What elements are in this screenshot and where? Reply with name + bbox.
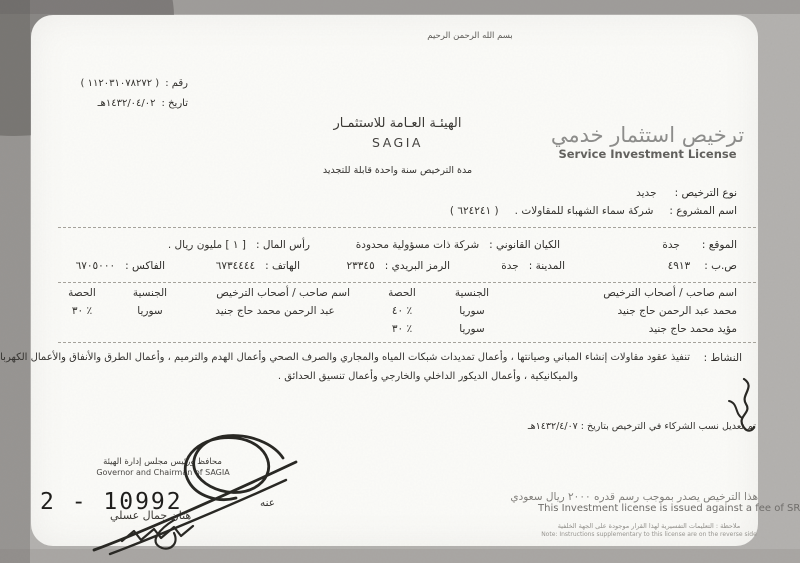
holders-right-header-share: الحصة — [382, 287, 422, 299]
fax-value: ٦٧٠٥٠٠٠ — [76, 260, 115, 272]
activity-label: النشاط : — [704, 352, 742, 364]
project-number: ( ٦٢٤٢٤١ ) — [450, 205, 499, 217]
dashed-divider — [58, 227, 756, 228]
holders-left-header-share: الحصة — [62, 287, 102, 299]
capital-value: [ ١ ] مليون ريال . — [168, 239, 246, 251]
activity-line2: والميكانيكية ، وأعمال الديكور الداخلي وا… — [278, 371, 578, 382]
authority-name-english: SAGIA — [295, 135, 500, 150]
fax-label: الفاكس : — [125, 260, 165, 272]
amendment-note: تم تعديل نسب الشركاء في الترخيص بتاريخ :… — [528, 421, 756, 432]
phone-field: الهاتف : ٦٧٣٤٤٤٤ — [216, 260, 300, 272]
footer-note-arabic: ملاحظة : التعليمات التفسيرية لهذا القرار… — [540, 522, 758, 530]
city-label: المدينة : — [529, 260, 565, 272]
fax-field: الفاكس : ٦٧٠٥٠٠٠ — [76, 260, 165, 272]
ref-number-row: رقم : ( ١١٢٠٣١٠٧٨٢٧٢ ) — [81, 78, 188, 89]
holder-share: ٣٠ ٪ — [62, 305, 102, 317]
postal-code-field: الرمز البريدي : ٢٣٣٤٥ — [347, 260, 450, 272]
activity-line1: تنفيذ عقود مقاولات إنشاء المباني وصيانته… — [0, 352, 690, 363]
legal-entity-label: الكيان القانوني : — [489, 239, 560, 251]
license-type-value: جديد — [636, 187, 656, 199]
authority-name-arabic: الهيئـة العـامة للاستثمـار — [295, 116, 500, 131]
holder-nationality: سوريا — [452, 323, 492, 335]
project-name-label: اسم المشروع : — [669, 205, 737, 217]
city-value: جدة — [501, 260, 519, 272]
holders-right-header-nationality: الجنسية — [452, 287, 492, 299]
signature-scribble — [78, 424, 313, 556]
ref-number-label: رقم : — [165, 78, 188, 89]
holder-share: ٣٠ ٪ — [382, 323, 422, 335]
holders-left-header-name: اسم صاحب / أصحاب الترخيص — [220, 287, 350, 299]
po-box-field: ص.ب : ٤٩١٣ — [668, 260, 737, 272]
holders-right-header-name: اسم صاحب / أصحاب الترخيص — [603, 287, 737, 299]
project-name-value: شركة سماء الشهباء للمقاولات . — [515, 205, 654, 217]
project-name-row: اسم المشروع : شركة سماء الشهباء للمقاولا… — [450, 205, 737, 217]
location-value: جدة — [662, 239, 680, 251]
holder-nationality: سوريا — [130, 305, 170, 317]
legal-entity-value: شركة ذات مسؤولية محدودة — [356, 239, 479, 251]
phone-label: الهاتف : — [265, 260, 300, 272]
po-box-label: ص.ب : — [704, 260, 737, 272]
holder-name: مؤيد محمد حاج جنيد — [649, 323, 737, 335]
footer-note-english: Note: Instructions supplementary to this… — [540, 531, 758, 538]
fee-text-english: This Investment license is issued agains… — [538, 503, 760, 514]
ref-date-row: تاريخ : ١٤٣٢/٠٤/٠٢هـ — [98, 98, 188, 109]
license-title-arabic: ترخيص استثمار خدمي — [545, 123, 750, 147]
license-type-row: نوع الترخيص : جديد — [636, 187, 737, 199]
holder-name: محمد عبد الرحمن حاج جنيد — [617, 305, 737, 317]
po-box-value: ٤٩١٣ — [668, 260, 691, 272]
holder-nationality: سوريا — [452, 305, 492, 317]
city-field: المدينة : جدة — [501, 260, 565, 272]
postal-code-value: ٢٣٣٤٥ — [347, 260, 375, 272]
holders-left-header-nationality: الجنسية — [130, 287, 170, 299]
ref-date-label: تاريخ : — [162, 98, 188, 109]
location-label: الموقع : — [702, 239, 737, 251]
license-type-label: نوع الترخيص : — [675, 187, 737, 199]
duration-note: مدة الترخيص سنة واحدة قابلة للتجديد — [290, 165, 505, 176]
legal-entity-field: الكيان القانوني : شركة ذات مسؤولية محدود… — [356, 239, 560, 251]
phone-value: ٦٧٣٤٤٤٤ — [216, 260, 255, 272]
capital-field: رأس المال : [ ١ ] مليون ريال . — [168, 239, 310, 251]
postal-code-label: الرمز البريدي : — [385, 260, 450, 272]
basmala: بسم الله الرحمن الرحيم — [375, 31, 565, 41]
dashed-divider — [58, 282, 756, 283]
holder-share: ٤٠ ٪ — [382, 305, 422, 317]
ref-number-value: ( ١١٢٠٣١٠٧٨٢٧٢ ) — [81, 78, 160, 89]
scanned-license-document: بسم الله الرحمن الرحيم رقم : ( ١١٢٠٣١٠٧٨… — [0, 0, 800, 563]
location-field: الموقع : جدة — [662, 239, 737, 251]
capital-label: رأس المال : — [256, 239, 310, 251]
fee-text-arabic: هذا الترخيص يصدر بموجب رسم قدره ٢٠٠٠ ريا… — [540, 491, 758, 503]
ref-date-value: ١٤٣٢/٠٤/٠٢هـ — [98, 98, 156, 109]
holder-name: عبد الرحمن محمد حاج جنيد — [200, 305, 350, 317]
dashed-divider — [58, 342, 756, 343]
license-title-english: Service Investment License — [545, 147, 750, 161]
